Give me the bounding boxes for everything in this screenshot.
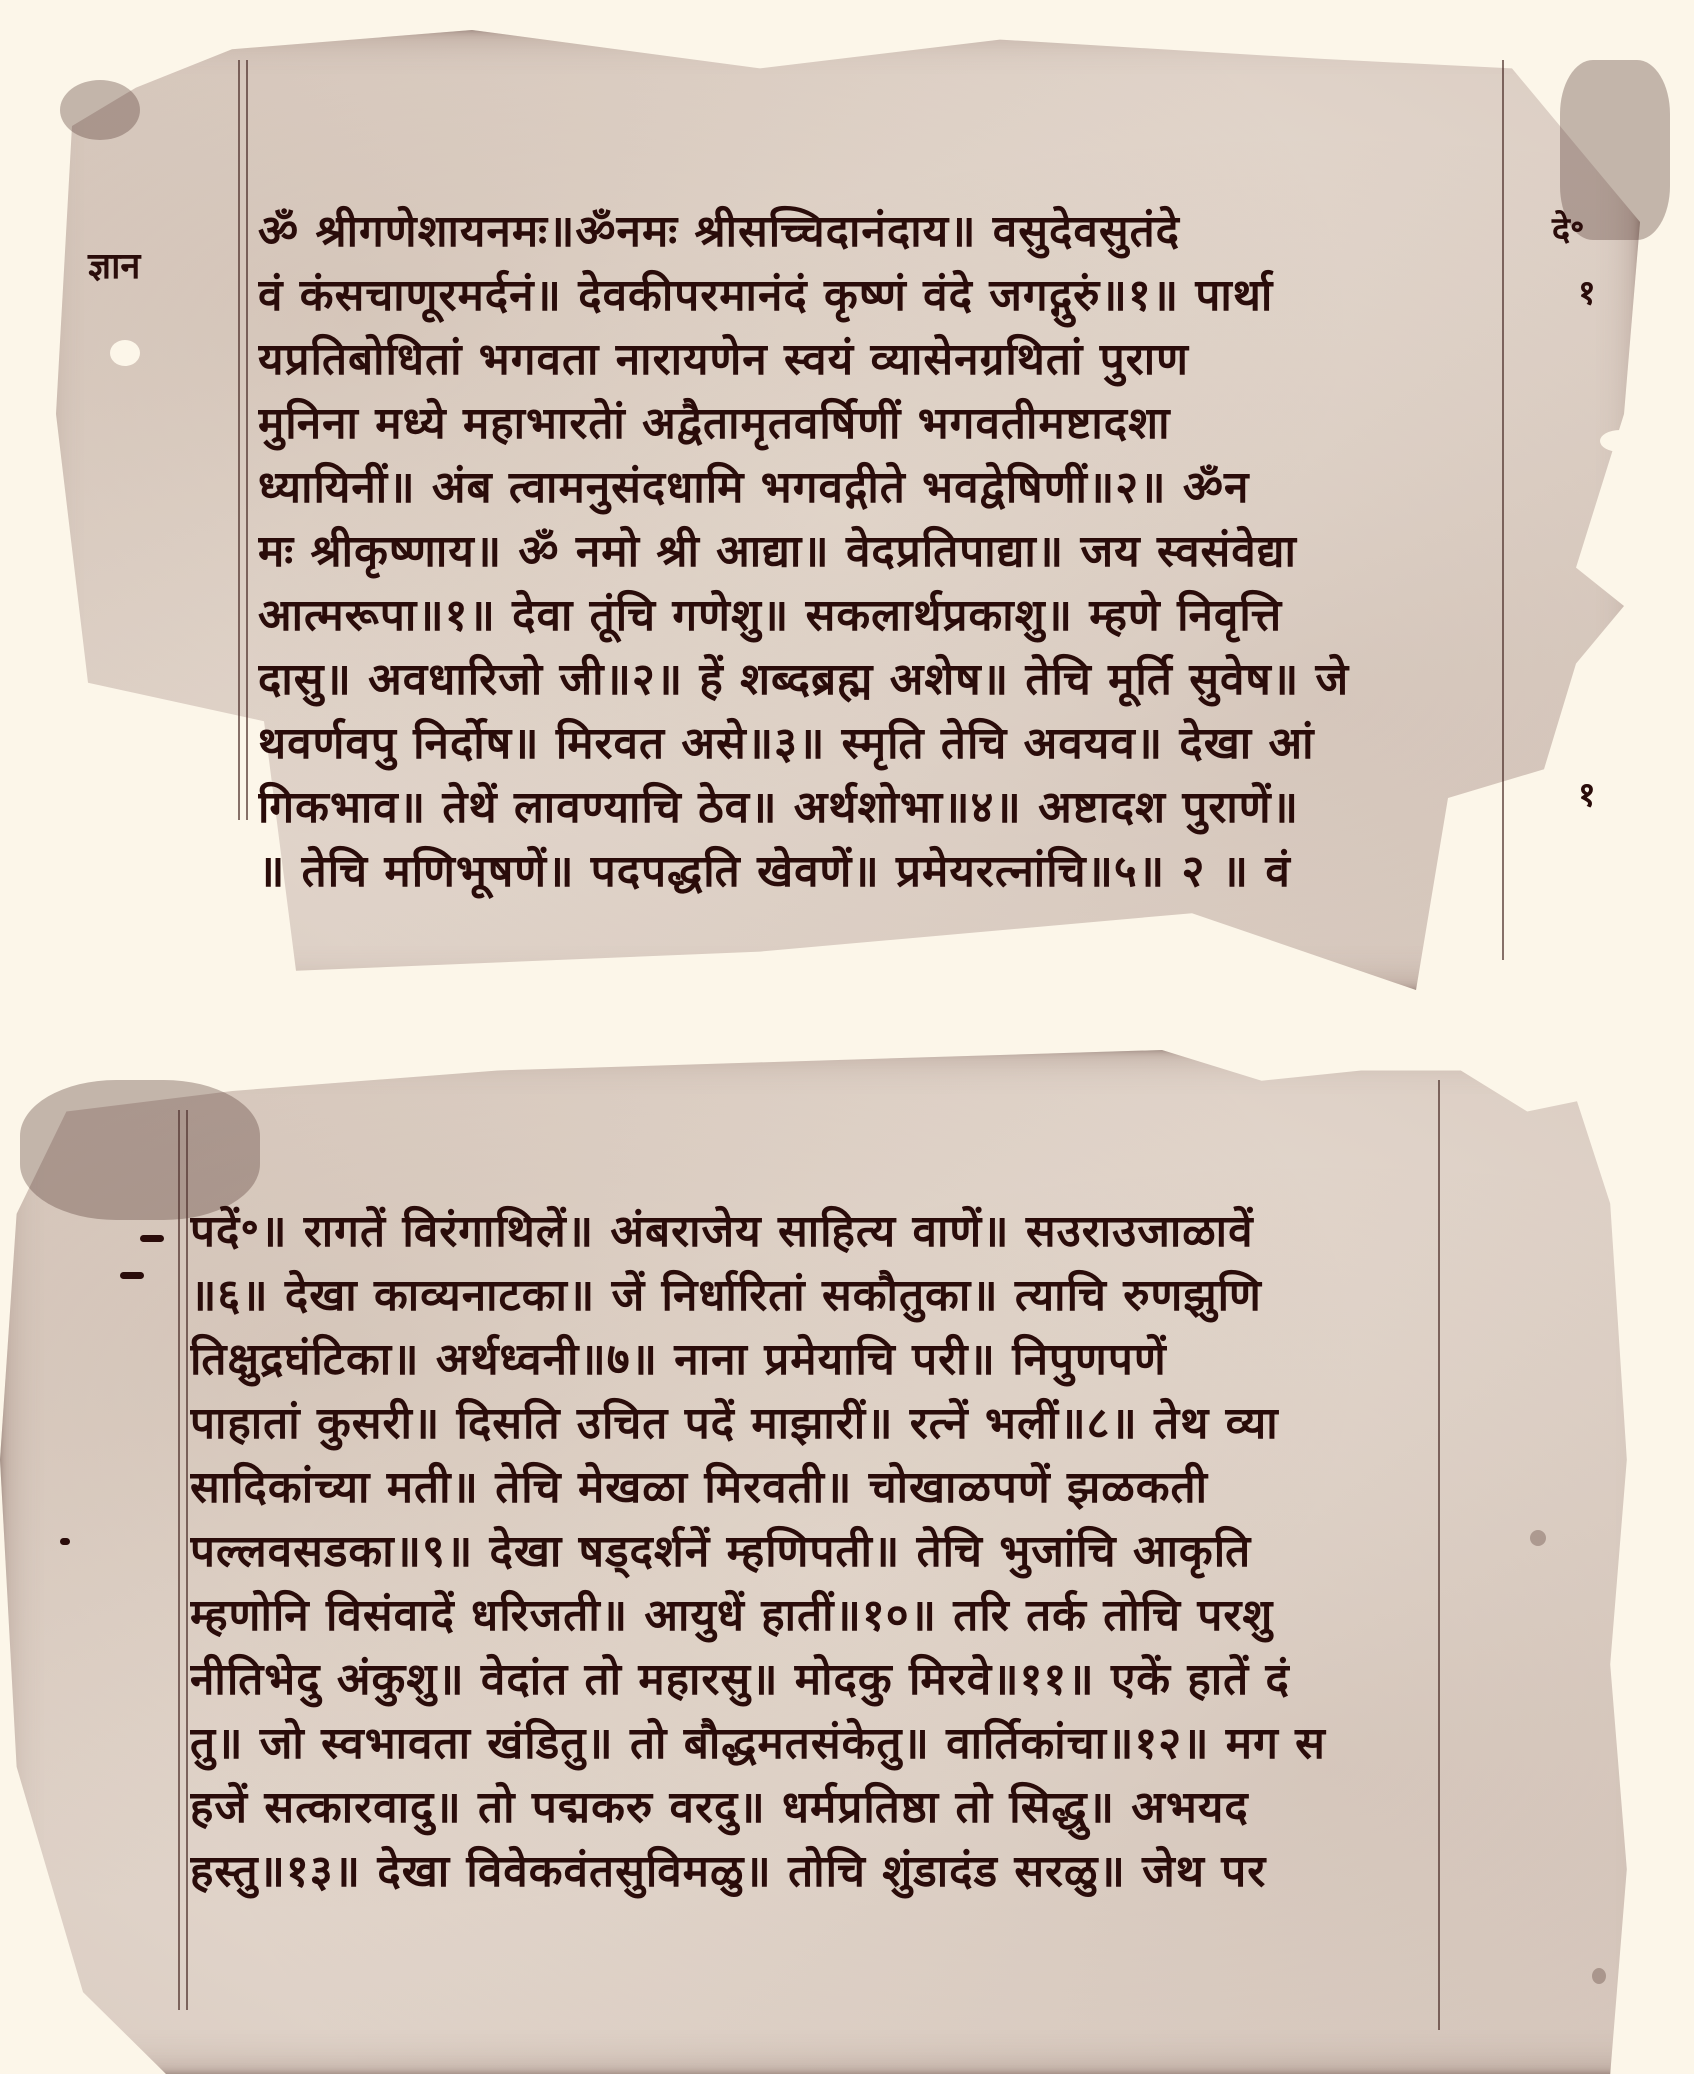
text-line: आत्मरूपा॥१॥ देवा तूंचि गणेशु॥ सकलार्थप्र… bbox=[258, 584, 1498, 648]
text-line: हस्तु॥१३॥ देखा विवेकवंतसुविमळु॥ तोचि शुं… bbox=[190, 1840, 1430, 1904]
text-line: ॥६॥ देखा काव्यनाटका॥ जें निर्धारितां सकौ… bbox=[190, 1264, 1430, 1328]
margin-rule-left-top-2 bbox=[246, 60, 248, 820]
ink-spot bbox=[1530, 1530, 1546, 1546]
text-line: हजें सत्कारवादु॥ तो पद्मकरु वरदु॥ धर्मप्… bbox=[190, 1776, 1430, 1840]
text-line: ॥ तेचि मणिभूषणें॥ पदपद्धति खेवणें॥ प्रमे… bbox=[258, 840, 1498, 904]
ink-spot bbox=[1592, 1968, 1606, 1984]
text-line: पल्लवसडका॥९॥ देखा षड्दर्शनें म्हणिपती॥ त… bbox=[190, 1520, 1430, 1584]
margin-rule-left-bottom-2 bbox=[186, 1110, 188, 2010]
text-line: वं कंसचाणूरमर्दनं॥ देवकीपरमानंदं कृष्णं … bbox=[258, 264, 1498, 328]
left-margin-dash-mark bbox=[120, 1272, 144, 1279]
worm-hole bbox=[1600, 430, 1640, 452]
margin-rule-right-top bbox=[1502, 60, 1504, 960]
right-margin-folio-number: १ bbox=[1578, 268, 1596, 314]
manuscript-text-bottom: पदें॰॥ रागतें विरंगाथिलें॥ अंबराजेय साहि… bbox=[190, 1200, 1430, 1904]
text-line: म्हणोनि विसंवादें धरिजती॥ आयुधें हातीं॥१… bbox=[190, 1584, 1430, 1648]
text-line: गिकभाव॥ तेथें लावण्याचि ठेव॥ अर्थशोभा॥४॥… bbox=[258, 776, 1498, 840]
margin-rule-right-bottom bbox=[1438, 1080, 1440, 2030]
text-line: ॐ श्रीगणेशायनमः॥ॐनमः श्रीसच्चिदानंदाय॥ व… bbox=[258, 200, 1498, 264]
paper-stain bbox=[60, 80, 140, 140]
text-line: तिक्षुद्रघंटिका॥ अर्थध्वनी॥७॥ नाना प्रमे… bbox=[190, 1328, 1430, 1392]
right-margin-label: दे॰ bbox=[1552, 205, 1585, 251]
text-line: पाहातां कुसरी॥ दिसति उचित पदें माझारीं॥ … bbox=[190, 1392, 1430, 1456]
text-line: पदें॰॥ रागतें विरंगाथिलें॥ अंबराजेय साहि… bbox=[190, 1200, 1430, 1264]
text-line: ध्यायिनीं॥ अंब त्वामनुसंदधामि भगवद्गीते … bbox=[258, 456, 1498, 520]
left-margin-dash-mark bbox=[140, 1235, 164, 1242]
text-line: तु॥ जो स्वभावता खंडितु॥ तो बौद्धमतसंकेतु… bbox=[190, 1712, 1430, 1776]
text-line: सादिकांच्या मती॥ तेचि मेखळा मिरवती॥ चोखा… bbox=[190, 1456, 1430, 1520]
margin-rule-left-top bbox=[238, 60, 240, 820]
margin-rule-left-bottom bbox=[178, 1110, 180, 2010]
left-margin-dot-mark bbox=[60, 1538, 70, 1545]
paper-stain bbox=[20, 1080, 260, 1220]
worm-hole bbox=[110, 340, 140, 366]
text-line: दासु॥ अवधारिजो जी॥२॥ हें शब्दब्रह्म अशेष… bbox=[258, 648, 1498, 712]
right-margin-folio-number-lower: १ bbox=[1578, 770, 1596, 816]
text-line: मुनिना मध्ये महाभारतेां अद्वैतामृतवर्षिण… bbox=[258, 392, 1498, 456]
text-line: थवर्णवपु निर्दोष॥ मिरवत असे॥३॥ स्मृति ते… bbox=[258, 712, 1498, 776]
left-margin-label: ज्ञान bbox=[88, 240, 140, 289]
manuscript-text-top: ॐ श्रीगणेशायनमः॥ॐनमः श्रीसच्चिदानंदाय॥ व… bbox=[258, 200, 1498, 904]
text-line: नीतिभेदु अंकुशु॥ वेदांत तो महारसु॥ मोदकु… bbox=[190, 1648, 1430, 1712]
text-line: यप्रतिबोधितां भगवता नारायणेन स्वयं व्यास… bbox=[258, 328, 1498, 392]
text-line: मः श्रीकृष्णाय॥ ॐ नमो श्री आद्या॥ वेदप्र… bbox=[258, 520, 1498, 584]
